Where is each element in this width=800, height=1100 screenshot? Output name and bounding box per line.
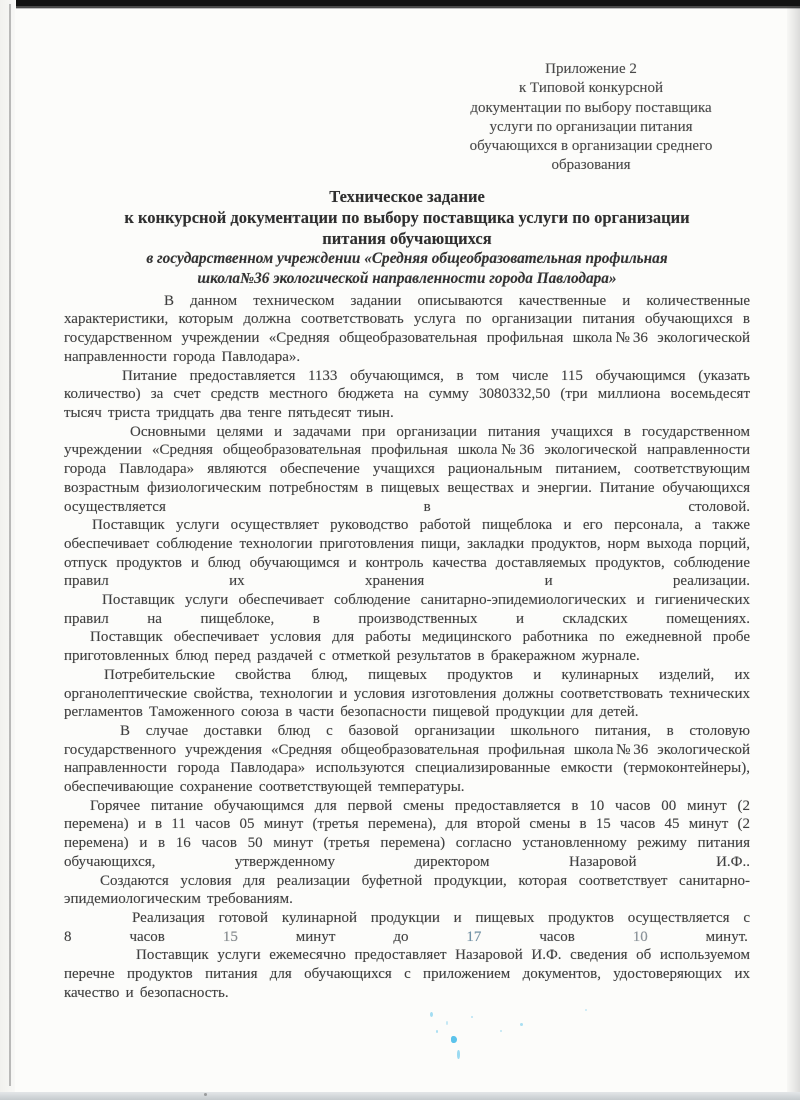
scan-top-edge	[16, 0, 800, 9]
paragraph: В случае доставки блюд с базовой организ…	[64, 722, 750, 797]
title-line: Техническое задание	[64, 186, 750, 207]
paragraph: Основными целями и задачами при организа…	[64, 423, 750, 517]
scan-left-edge	[0, 0, 15, 1100]
ink-speck	[520, 1023, 523, 1026]
time-cell: 10	[633, 928, 648, 947]
scan-page: Приложение 2 к Типовой конкурсной докуме…	[0, 0, 800, 1100]
paragraph: Поставщик услуги ежемесячно предоставляе…	[64, 946, 750, 1002]
time-cell: 8	[64, 928, 72, 947]
time-row: 8 часов 15 минут до 17 часов 10 минут.	[64, 928, 750, 947]
time-cell: до	[393, 928, 408, 947]
paragraph: Горячее питание обучающимся для первой с…	[64, 797, 750, 872]
scan-right-edge	[787, 6, 800, 1092]
annex-line: образования	[432, 156, 750, 175]
annex-line: услуги по организации питания	[432, 118, 750, 137]
time-cell: часов	[539, 928, 574, 947]
time-cell: часов	[129, 928, 164, 947]
scan-bottom-edge	[0, 1092, 800, 1100]
ink-speck	[457, 1050, 460, 1059]
paragraph: Потребительские свойства блюд, пищевых п…	[64, 666, 750, 722]
ink-speck	[451, 1036, 457, 1043]
paragraph: Поставщик обеспечивает условия для работ…	[64, 628, 750, 665]
title-line: к конкурсной документации по выбору пост…	[64, 207, 750, 228]
time-cell: минут.	[706, 928, 748, 947]
ink-speck	[500, 1030, 502, 1032]
ink-speck	[430, 1012, 433, 1017]
annex-line: к Типовой конкурсной	[432, 79, 750, 98]
time-cell: минут	[296, 928, 336, 947]
dust-speck	[204, 1093, 207, 1096]
paragraph: Создаются условия для реализации буфетно…	[64, 872, 750, 909]
paragraph: Питание предоставляется 1133 обучающимся…	[64, 367, 750, 423]
time-cell: 17	[466, 928, 481, 947]
time-cell: 15	[223, 928, 238, 947]
document-title: Техническое задание к конкурсной докумен…	[64, 186, 750, 249]
annex-line: обучающихся в организации среднего	[432, 137, 750, 156]
ink-speck	[585, 1009, 587, 1011]
annex-line: Приложение 2	[432, 60, 750, 79]
annex-line: документации по выбору поставщика	[432, 99, 750, 118]
body-text: В данном техническом задании описываются…	[64, 292, 750, 1003]
ink-speck	[471, 1016, 473, 1018]
paragraph: Поставщик услуги обеспечивает соблюдение…	[64, 591, 750, 628]
subtitle-line: в государственном учреждении «Средняя об…	[64, 249, 750, 269]
annex-block: Приложение 2 к Типовой конкурсной докуме…	[432, 60, 750, 176]
title-line: питания обучающихся	[64, 228, 750, 249]
ink-speck	[446, 1021, 448, 1025]
document-subtitle: в государственном учреждении «Средняя об…	[64, 249, 750, 289]
paragraph: Поставщик услуги осуществляет руководств…	[64, 516, 750, 591]
paragraph: В данном техническом задании описываются…	[64, 292, 750, 367]
scan-left-fold-line	[9, 4, 11, 1086]
subtitle-line: школа№36 экологической направленности го…	[64, 269, 750, 289]
paragraph: Реализация готовой кулинарной продукции …	[64, 909, 750, 928]
ink-speck	[436, 1030, 438, 1033]
document-content: Приложение 2 к Типовой конкурсной докуме…	[64, 60, 750, 1003]
